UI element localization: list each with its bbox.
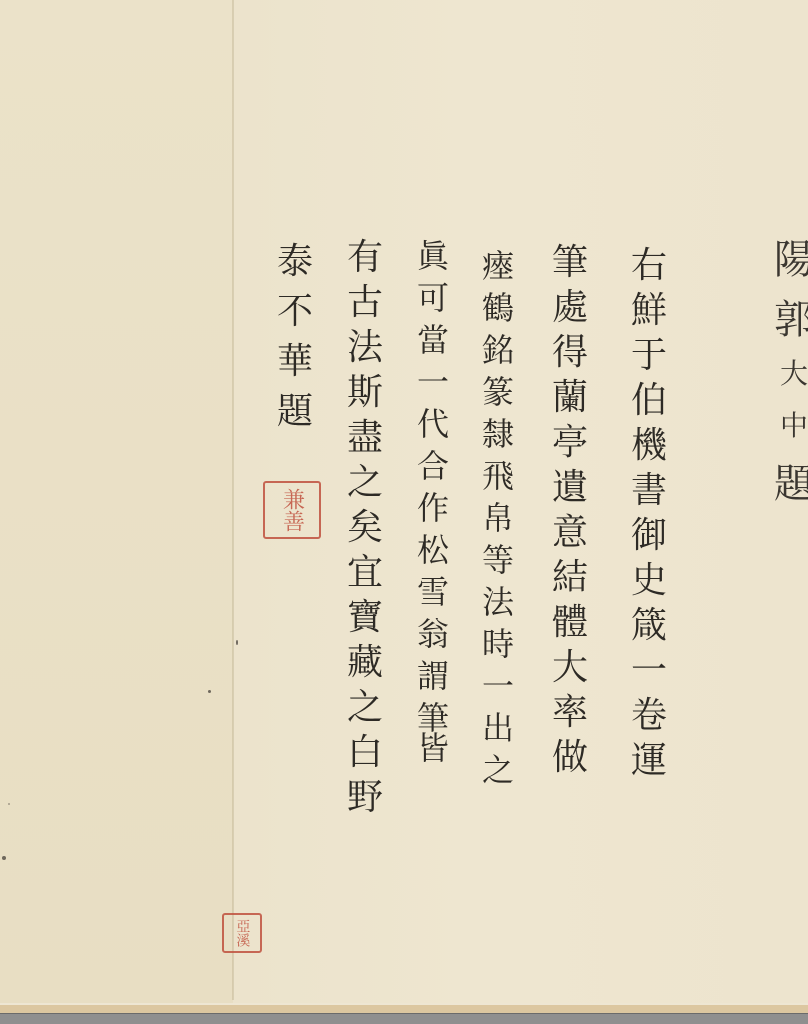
title-column: 陽 郭 大 中 題 (764, 240, 808, 524)
paper-seam (232, 0, 234, 1000)
char: 做 (552, 740, 588, 785)
char: 題 (774, 464, 808, 524)
char: 書 (631, 473, 667, 518)
char: 有 (347, 240, 383, 285)
char: 野 (347, 780, 383, 825)
char: 郭 (774, 300, 808, 360)
frame-border (0, 1013, 808, 1024)
char: 華 (277, 344, 313, 394)
char: 當 (417, 324, 449, 366)
char: 得 (552, 335, 588, 380)
char: 眞 (417, 240, 449, 282)
char: 出 (482, 712, 514, 754)
paper-speck (236, 640, 238, 645)
char: 法 (482, 586, 514, 628)
signature-seal: 兼善 (263, 481, 321, 539)
char: 箴 (631, 608, 667, 653)
char: 鮮 (631, 293, 667, 338)
char: 皆 (417, 732, 449, 774)
char: 右 (631, 248, 667, 293)
text-column-4: 眞 可 當 一 代 合 作 松 雪 翁 謂 筆 皆 (408, 240, 458, 774)
char: 大 (552, 650, 588, 695)
char: 一 (631, 653, 667, 698)
char: 等 (482, 544, 514, 586)
char: 古 (347, 285, 383, 330)
char: 亭 (552, 425, 588, 470)
collector-seal: 亞溪 (222, 913, 262, 953)
char: 隸 (482, 418, 514, 460)
char: 運 (631, 743, 667, 788)
char: 松 (417, 534, 449, 576)
char: 飛 (482, 460, 514, 502)
char: 伯 (631, 383, 667, 428)
char: 蘭 (552, 380, 588, 425)
char: 斯 (347, 375, 383, 420)
text-column-2: 筆 處 得 蘭 亭 遺 意 結 體 大 率 做 (545, 245, 595, 785)
char: 篆 (482, 376, 514, 418)
char: 史 (631, 563, 667, 608)
char: 帛 (482, 502, 514, 544)
char: 作 (417, 492, 449, 534)
char: 白 (347, 735, 383, 780)
char: 于 (631, 338, 667, 383)
char: 藏 (347, 645, 383, 690)
char: 機 (631, 428, 667, 473)
paper-speck (8, 803, 10, 805)
char: 合 (417, 450, 449, 492)
char: 翁 (417, 618, 449, 660)
char: 瘞 (482, 250, 514, 292)
char: 之 (347, 465, 383, 510)
char: 盡 (347, 420, 383, 465)
text-column-5: 有 古 法 斯 盡 之 矣 宜 寶 藏 之 白 野 (340, 240, 390, 825)
char: 銘 (482, 334, 514, 376)
char: 陽 (774, 240, 808, 300)
char: 結 (552, 560, 588, 605)
char: 泰 (277, 244, 313, 294)
char: 時 (482, 628, 514, 670)
signature-column: 泰 不 華 題 (270, 244, 320, 444)
char: 一 (417, 366, 449, 408)
char: 一 (482, 670, 514, 712)
char: 筆 (417, 702, 449, 732)
text-column-1: 右 鮮 于 伯 機 書 御 史 箴 一 卷 運 (624, 248, 674, 788)
char: 代 (417, 408, 449, 450)
char: 體 (552, 605, 588, 650)
left-mounting-panel (0, 0, 233, 1012)
char: 之 (482, 754, 514, 796)
char: 題 (277, 394, 313, 444)
char: 法 (347, 330, 383, 375)
paper-speck (208, 690, 211, 693)
char: 卷 (631, 698, 667, 743)
char: 處 (552, 290, 588, 335)
char: 遺 (552, 470, 588, 515)
char: 宜 (347, 555, 383, 600)
char: 中 (780, 412, 808, 464)
paper-speck (2, 856, 6, 860)
text-column-3: 瘞 鶴 銘 篆 隸 飛 帛 等 法 時 一 出 之 (473, 250, 523, 796)
char: 不 (277, 294, 313, 344)
char: 意 (552, 515, 588, 560)
char: 之 (347, 690, 383, 735)
char: 鶴 (482, 292, 514, 334)
char: 筆 (552, 245, 588, 290)
char: 雪 (417, 576, 449, 618)
char: 寶 (347, 600, 383, 645)
char: 可 (417, 282, 449, 324)
char: 矣 (347, 510, 383, 555)
char: 率 (552, 695, 588, 740)
char: 謂 (417, 660, 449, 702)
char: 御 (631, 518, 667, 563)
char: 大 (780, 360, 808, 412)
